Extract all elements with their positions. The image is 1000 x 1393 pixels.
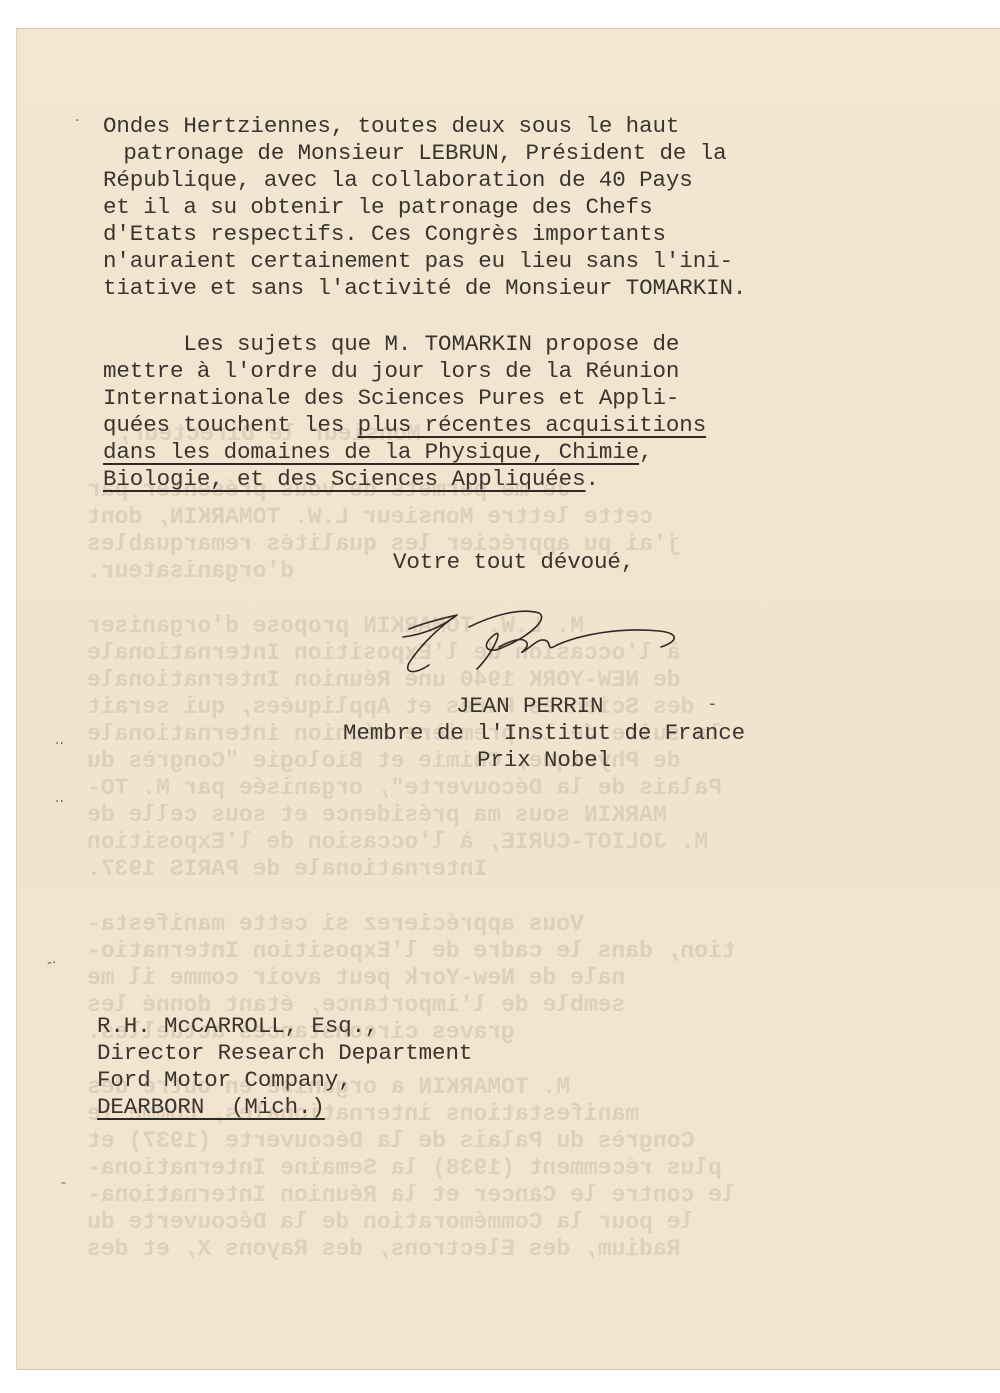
plain-text: . bbox=[585, 466, 598, 492]
underlined-text: DEARBORN (Mich.) bbox=[97, 1094, 325, 1120]
text-line: Biologie, et des Sciences Appliquées. bbox=[103, 466, 599, 493]
letter-page: Monsieur le Directeur, Je me permets de … bbox=[16, 28, 1000, 1370]
signatory-title: Membre de l'Institut de France bbox=[343, 720, 745, 747]
bleed-line: nale de New-York peut avoir comme il me bbox=[87, 965, 625, 992]
bleed-line: MARKIN sous ma présidence et sous celle … bbox=[87, 802, 667, 829]
recipient-name: R.H. McCARROLL, Esq., bbox=[97, 1013, 378, 1040]
stray-mark: · bbox=[75, 113, 79, 129]
text-line: tiative et sans l'activité de Monsieur T… bbox=[103, 275, 746, 302]
text-line: République, avec la collaboration de 40 … bbox=[103, 167, 693, 194]
plain-text: , bbox=[639, 439, 652, 465]
text-line: patronage de Monsieur LEBRUN, Président … bbox=[110, 140, 727, 167]
text-line: Ondes Hertziennes, toutes deux sous le h… bbox=[103, 113, 679, 140]
bleed-line: tion, dans le cadre de l'Exposition Inte… bbox=[87, 938, 736, 965]
text-line: Internationale des Sciences Pures et App… bbox=[103, 385, 679, 412]
bleed-line: M. JOLIOT-CURIE, à l'occasion de l'Expos… bbox=[87, 829, 708, 856]
bleed-line: Vous apprécierez si cette manifesta- bbox=[87, 911, 584, 938]
underlined-text: Biologie, et des Sciences Appliquées bbox=[103, 466, 585, 492]
stray-mark: ·· bbox=[55, 736, 64, 752]
plain-text: quées touchent les bbox=[103, 412, 358, 438]
bleed-line: le pour la Commémoration de la Découvert… bbox=[87, 1209, 694, 1236]
bleed-line: Internationale de PARIS 1937. bbox=[87, 856, 487, 883]
underlined-text: plus récentes acquisitions bbox=[358, 412, 706, 438]
bleed-line: le contre le Cancer et la Réunion Intern… bbox=[87, 1182, 736, 1209]
bleed-line: cette lettre Monsieur L.W. TOMARKIN, don… bbox=[87, 504, 653, 531]
text-line: quées touchent les plus récentes acquisi… bbox=[103, 412, 706, 439]
signatory-distinction: Prix Nobel bbox=[477, 747, 611, 774]
stray-mark: - bbox=[709, 693, 716, 714]
text-line: d'Etats respectifs. Ces Congrès importan… bbox=[103, 221, 666, 248]
bleed-line: Congrès du Palais de la Découverte (1937… bbox=[87, 1128, 694, 1155]
recipient-company: Ford Motor Company, bbox=[97, 1067, 352, 1094]
text-line: n'auraient certainement pas eu lieu sans… bbox=[103, 248, 733, 275]
recipient-city: DEARBORN (Mich.) bbox=[97, 1094, 325, 1121]
signatory-name: JEAN PERRIN bbox=[456, 693, 603, 720]
recipient-position: Director Research Department bbox=[97, 1040, 472, 1067]
underlined-text: dans les domaines de la Physique, Chimie bbox=[103, 439, 639, 465]
stray-mark: - bbox=[61, 1175, 66, 1191]
bleed-line: Palais de la Découverte", organisée par … bbox=[87, 775, 722, 802]
stray-mark: ·· bbox=[55, 794, 64, 810]
bleed-line: Radium, des Electrons, des Rayons X, et … bbox=[87, 1236, 681, 1263]
text-line: et il a su obtenir le patronage des Chef… bbox=[103, 194, 653, 221]
closing: Votre tout dévoué, bbox=[393, 549, 634, 576]
bleed-line: d'organisateur. bbox=[87, 558, 294, 585]
text-line: mettre à l'ordre du jour lors de la Réun… bbox=[103, 358, 679, 385]
text-line: Les sujets que M. TOMARKIN propose de bbox=[103, 331, 679, 358]
text-line: dans les domaines de la Physique, Chimie… bbox=[103, 439, 653, 466]
handwritten-signature bbox=[399, 607, 739, 687]
stray-mark: -· bbox=[47, 955, 57, 971]
bleed-line: plus récemment (1938) la Semaine Interna… bbox=[87, 1155, 722, 1182]
